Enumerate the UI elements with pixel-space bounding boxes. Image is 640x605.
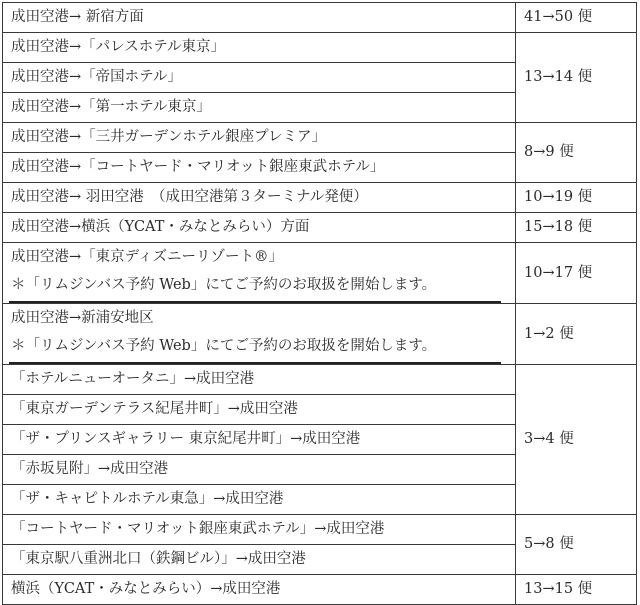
table-row: 成田空港→「三井ガーデンホテル銀座プレミア」 8→9 便 (3, 123, 637, 153)
route-cell: 成田空港→「東京ディズニーリゾート®」 ＊「リムジンバス予約 Web」にてご予約… (3, 243, 516, 304)
flight-count-cell: 1→2 便 (516, 304, 637, 365)
flight-count-cell: 10→19 便 (516, 183, 637, 213)
table-row: 成田空港→横浜（YCAT・みなとみらい）方面 15→18 便 (3, 213, 637, 243)
table-row: 横浜（YCAT・みなとみらい）→成田空港 13→15 便 (3, 575, 637, 591)
table-row: 成田空港→「東京ディズニーリゾート®」 ＊「リムジンバス予約 Web」にてご予約… (3, 243, 637, 304)
flight-count-cell: 3→4 便 (516, 365, 637, 515)
table-row: 成田空港→ 羽田空港 （成田空港第３ターミナル発便） 10→19 便 (3, 183, 637, 213)
route-cell: 成田空港→ 羽田空港 （成田空港第３ターミナル発便） (3, 183, 516, 213)
route-cell: 成田空港→「第一ホテル東京」 (3, 93, 516, 123)
route-cell: 「コートヤード・マリオット銀座東武ホテル」→成田空港 (3, 515, 516, 545)
route-cell: 成田空港→「三井ガーデンホテル銀座プレミア」 (3, 123, 516, 153)
route-cell: 成田空港→「パレスホテル東京」 (3, 33, 516, 63)
route-cell: 成田空港→新浦安地区 ＊「リムジンバス予約 Web」にてご予約のお取扱を開始しま… (3, 304, 516, 365)
route-cell: 横浜（YCAT・みなとみらい）→成田空港 (3, 575, 516, 591)
table-row: 成田空港→「パレスホテル東京」 13→14 便 (3, 33, 637, 63)
bus-schedule-table: 成田空港→ 新宿方面 41→50 便 成田空港→「パレスホテル東京」 13→14… (2, 2, 637, 590)
flight-count-cell: 13→14 便 (516, 33, 637, 123)
table-row: 成田空港→ 新宿方面 41→50 便 (3, 3, 637, 33)
route-text: 成田空港→「東京ディズニーリゾート®」 (11, 243, 515, 272)
flight-count-cell: 15→18 便 (516, 213, 637, 243)
flight-count-cell: 10→17 便 (516, 243, 637, 304)
flight-count-cell: 41→50 便 (516, 3, 637, 33)
flight-count-cell: 5→8 便 (516, 515, 637, 575)
route-cell: 「ザ・キャピトルホテル東急」→成田空港 (3, 485, 516, 515)
reservation-note: ＊「リムジンバス予約 Web」にてご予約のお取扱を開始します。 (9, 272, 501, 303)
route-text: 成田空港→新浦安地区 (11, 304, 515, 333)
route-cell: 「東京駅八重洲北口（鉄鋼ビル）」→成田空港 (3, 545, 516, 575)
table-row: 「ホテルニューオータニ」→成田空港 3→4 便 (3, 365, 637, 395)
table-row: 「コートヤード・マリオット銀座東武ホテル」→成田空港 5→8 便 (3, 515, 637, 545)
route-cell: 「赤坂見附」→成田空港 (3, 455, 516, 485)
reservation-note: ＊「リムジンバス予約 Web」にてご予約のお取扱を開始します。 (9, 333, 501, 364)
route-cell: 成田空港→ 新宿方面 (3, 3, 516, 33)
route-cell: 「東京ガーデンテラス紀尾井町」→成田空港 (3, 395, 516, 425)
flight-count-cell: 8→9 便 (516, 123, 637, 183)
route-cell: 成田空港→「コートヤード・マリオット銀座東武ホテル」 (3, 153, 516, 183)
flight-count-cell: 13→15 便 (516, 575, 637, 591)
route-cell: 「ザ・プリンスギャラリー 東京紀尾井町」→成田空港 (3, 425, 516, 455)
route-cell: 成田空港→「帝国ホテル」 (3, 63, 516, 93)
table-row: 成田空港→新浦安地区 ＊「リムジンバス予約 Web」にてご予約のお取扱を開始しま… (3, 304, 637, 365)
route-cell: 「ホテルニューオータニ」→成田空港 (3, 365, 516, 395)
route-cell: 成田空港→横浜（YCAT・みなとみらい）方面 (3, 213, 516, 243)
